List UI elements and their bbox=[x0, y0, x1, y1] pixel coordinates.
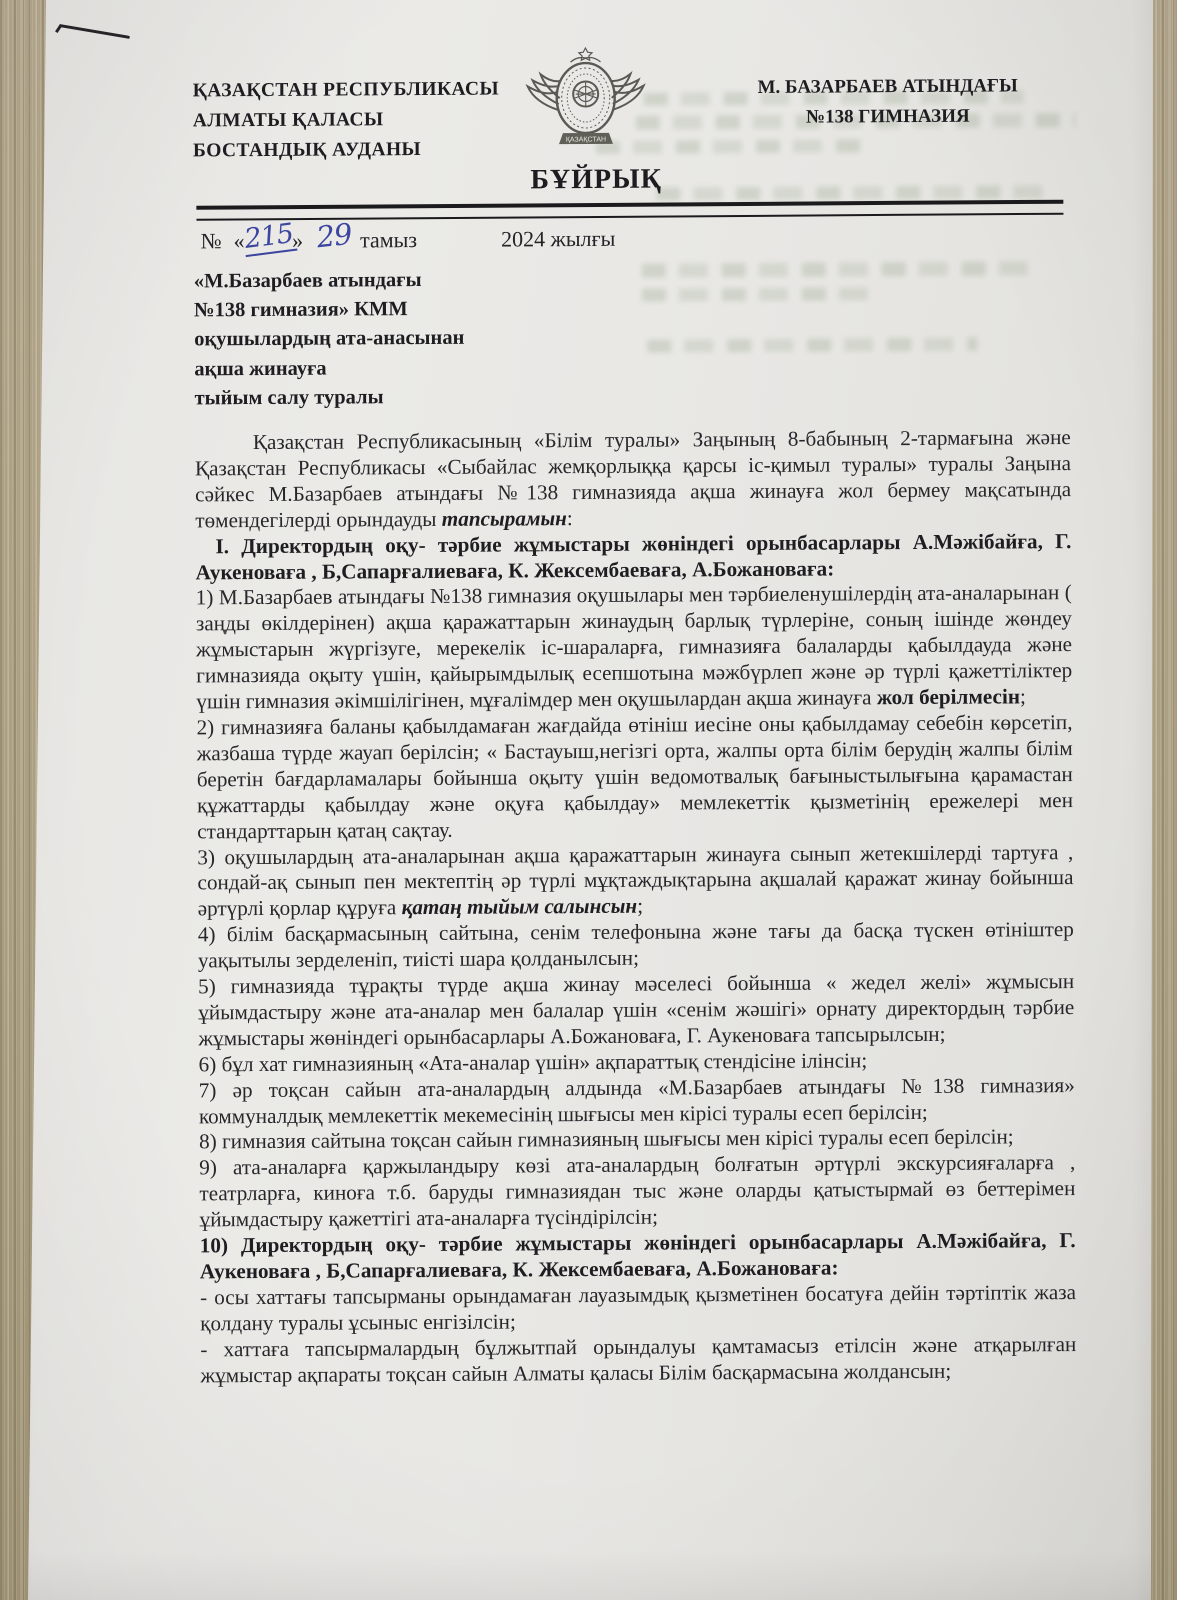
order-month: тамыз bbox=[360, 227, 417, 252]
staple-mark bbox=[60, 24, 130, 39]
handwritten-order-number: 215 bbox=[242, 218, 297, 257]
photo-of-document: { "header": { "left_lines": ["ҚАЗАҚСТАН … bbox=[0, 0, 1177, 1600]
order-year: 2024 жылғы bbox=[501, 226, 615, 252]
subject-block: «М.Базарбаев атындағы№138 гимназия» КММо… bbox=[194, 266, 465, 414]
paragraph: 10) Директордың оқу- тәрбие жұмыстары жө… bbox=[200, 1228, 1076, 1285]
order-number-label: № bbox=[201, 228, 222, 253]
text-run: - осы хаттағы тапсырманы орындамаған лау… bbox=[200, 1280, 1076, 1335]
text-run: қатаң тыйым салынсын bbox=[401, 894, 637, 919]
paragraph: 4) білім басқармасының сайтына, сенім те… bbox=[198, 917, 1074, 974]
text-run: 5) гимназияда тұрақты түрде ақша жинау м… bbox=[198, 969, 1074, 1050]
text-run: 6) бұл хат гимназияның «Ата-аналар үшін»… bbox=[199, 1048, 868, 1076]
kazakhstan-coat-of-arms: ҚАЗАҚСТАН bbox=[522, 46, 649, 153]
paragraph: 1) М.Базарбаев атындағы №138 гимназия оқ… bbox=[196, 580, 1073, 715]
organization-line: М. БАЗАРБАЕВ АТЫНДАҒЫ bbox=[738, 71, 1038, 103]
text-run: жол берілмесін bbox=[877, 684, 1020, 709]
text-run: 8) гимназия сайтына тоқсан сайын гимнази… bbox=[199, 1125, 1014, 1154]
subject-line: тыйым салу туралы bbox=[194, 383, 464, 414]
text-run: ; bbox=[1020, 684, 1026, 708]
paragraph: Қазақстан Республикасының «Білім туралы»… bbox=[195, 425, 1072, 534]
paragraph: 5) гимназияда тұрақты түрде ақша жинау м… bbox=[198, 969, 1074, 1052]
paragraph: 9) ата-аналарға қаржыландыру көзі ата-ан… bbox=[199, 1150, 1075, 1233]
text-run: 7) әр тоқсан сайын ата-аналардың алдында… bbox=[199, 1073, 1075, 1128]
text-run: Қазақстан Республикасының «Білім туралы»… bbox=[195, 425, 1071, 532]
subject-line: «М.Базарбаев атындағы bbox=[194, 266, 464, 297]
emblem-banner-text: ҚАЗАҚСТАН bbox=[566, 136, 606, 143]
text-run: 2) гимназияға баланы қабылдамаған жағдай… bbox=[196, 710, 1073, 843]
text-run: ; bbox=[637, 894, 643, 918]
issuer-line: ҚАЗАҚСТАН РЕСПУБЛИКАСЫ bbox=[193, 75, 500, 107]
document-content: ҚАЗАҚСТАН РЕСПУБЛИКАСЫАЛМАТЫ ҚАЛАСЫБОСТА… bbox=[0, 0, 1177, 1600]
paragraph: - осы хаттағы тапсырманы орындамаған лау… bbox=[200, 1280, 1076, 1337]
text-run: 9) ата-аналарға қаржыландыру көзі ата-ан… bbox=[199, 1150, 1075, 1231]
header-divider-rule bbox=[196, 200, 1063, 221]
ink-bleed-artifact bbox=[642, 261, 1042, 277]
subject-line: №138 гимназия» КММ bbox=[194, 295, 464, 326]
order-meta-line: №«215»29тамыз2024 жылғы bbox=[200, 219, 615, 258]
text-run: - хаттаға тапсырмалардың бұлжытпай орынд… bbox=[200, 1332, 1076, 1387]
paragraph: - хаттаға тапсырмалардың бұлжытпай орынд… bbox=[200, 1332, 1076, 1389]
subject-line: оқушылардың ата-анасынан bbox=[194, 324, 464, 355]
paragraph: 7) әр тоқсан сайын ата-аналардың алдында… bbox=[199, 1073, 1075, 1130]
organization-line: №138 ГИМНАЗИЯ bbox=[738, 101, 1038, 133]
paragraph: 2) гимназияға баланы қабылдамаған жағдай… bbox=[196, 710, 1073, 845]
text-run: тапсырамын bbox=[442, 506, 567, 531]
document-title: БҰЙРЫҚ bbox=[0, 160, 1177, 199]
text-run: : bbox=[567, 506, 573, 530]
organization-block: М. БАЗАРБАЕВ АТЫНДАҒЫ№138 ГИМНАЗИЯ bbox=[738, 71, 1038, 133]
issuer-block: ҚАЗАҚСТАН РЕСПУБЛИКАСЫАЛМАТЫ ҚАЛАСЫБОСТА… bbox=[193, 75, 500, 167]
paragraph: 3) оқушылардың ата-аналарынан ақша қараж… bbox=[197, 840, 1073, 923]
paragraph: I. Директордың оқу- тәрбие жұмыстары жөн… bbox=[195, 529, 1071, 586]
text-run: I. Директордың оқу- тәрбие жұмыстары жөн… bbox=[196, 529, 1072, 584]
issuer-line: АЛМАТЫ ҚАЛАСЫ bbox=[193, 105, 500, 137]
text-run: 4) білім басқармасының сайтына, сенім те… bbox=[198, 917, 1074, 972]
handwritten-day: 29 bbox=[314, 217, 352, 255]
text-run: 10) Директордың оқу- тәрбие жұмыстары жө… bbox=[200, 1228, 1076, 1283]
subject-line: ақша жинауға bbox=[194, 353, 464, 384]
ink-bleed-artifact bbox=[642, 287, 877, 301]
issuer-line: БОСТАНДЫҚ АУДАНЫ bbox=[193, 135, 500, 167]
ink-bleed-artifact bbox=[647, 338, 977, 353]
body-paragraphs: Қазақстан Республикасының «Білім туралы»… bbox=[195, 425, 1077, 1389]
